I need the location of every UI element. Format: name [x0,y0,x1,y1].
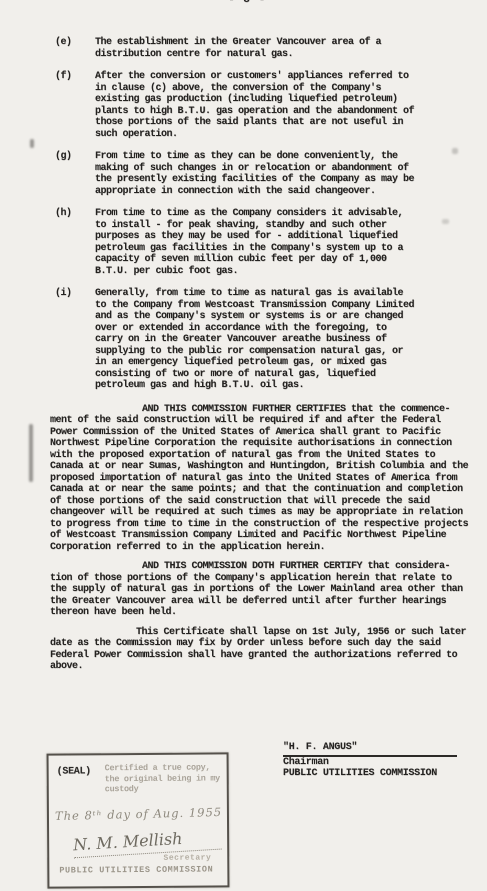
stamp-certification-text: Certified a true copy, the original bein… [105,762,223,794]
secretary-title: Secretary [164,853,212,862]
clause-label: (h) [55,208,95,277]
signature-block: "H. F. ANGUS" Chairman PUBLIC UTILITIES … [283,742,457,780]
certification-stamp-box: (SEAL) Certified a true copy, the origin… [47,752,230,888]
scanned-document-page: - 8 - (e) The establishment in the Great… [0,0,487,891]
page-number: - 8 - [228,0,266,6]
scan-artifact [30,139,34,148]
paragraph-lapse: This Certificate shall lapse on 1st July… [50,627,470,673]
clause-label: (i) [55,288,95,392]
paragraph-further-certifies: AND THIS COMMISSION FURTHER CERTIFIES th… [50,404,470,554]
clause-i: (i) Generally, from time to time as natu… [55,288,487,392]
seal-label: (SEAL) [57,766,91,777]
stamp-date-handwritten: The 8ᵗʰ day of Aug. 1955 [55,805,223,823]
document-body: (e) The establishment in the Greater Van… [0,37,487,681]
scan-artifact [452,148,458,154]
paragraph-doth-further-certify: AND THIS COMMISSION DOTH FURTHER CERTIFY… [50,561,470,619]
clause-text: From time to time as they can be done co… [95,151,416,197]
clause-h: (h) From time to time as the Company con… [55,208,487,277]
clause-label: (g) [55,151,95,197]
chairman-title: Chairman [283,757,457,769]
clause-e: (e) The establishment in the Greater Van… [55,37,487,60]
commission-name: PUBLIC UTILITIES COMMISSION [283,768,457,780]
chairman-signature-name: "H. F. ANGUS" [283,742,357,753]
scan-artifact [442,219,449,224]
stamp-commission-name: PUBLIC UTILITIES COMMISSION [59,864,219,875]
clause-text: After the conversion or customers' appli… [95,71,416,140]
clause-text: From time to time as the Company conside… [95,208,416,277]
clause-text: Generally, from time to time as natural … [95,288,416,392]
scan-artifact [29,424,33,482]
clause-label: (f) [55,71,95,140]
clause-f: (f) After the conversion or customers' a… [55,71,487,140]
clause-label: (e) [55,37,95,60]
clause-text: The establishment in the Greater Vancouv… [95,37,416,60]
clause-g: (g) From time to time as they can be don… [55,151,487,197]
chairman-signature-line: "H. F. ANGUS" [283,742,457,757]
